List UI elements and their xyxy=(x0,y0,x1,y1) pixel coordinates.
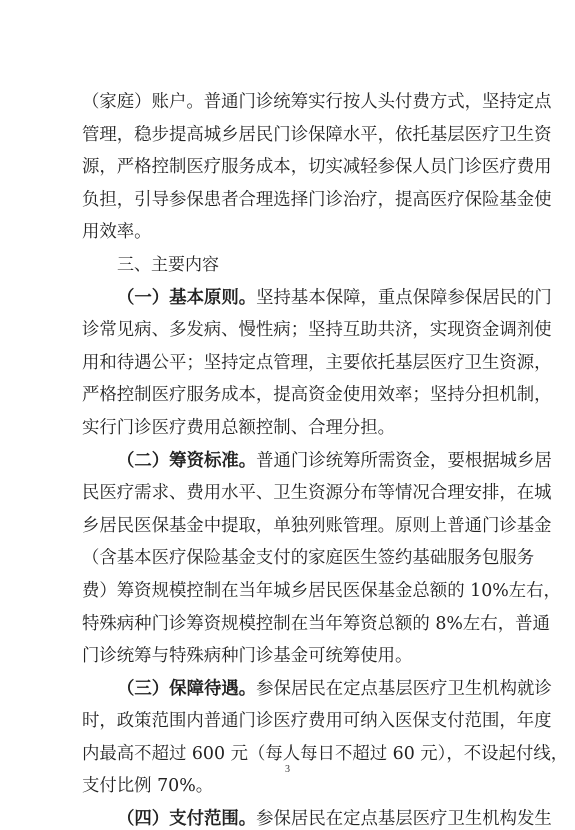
subsection-first-line: （二）筹资标准。普通门诊统筹所需资金，要根据城乡居 xyxy=(82,445,506,478)
subsection-text: 参保居民在定点基层医疗卫生机构就诊 xyxy=(256,679,552,699)
subsection-text: 普通门诊统筹所需资金，要根据城乡居 xyxy=(256,451,552,471)
paragraph-line: （含基本医疗保险基金支付的家庭医生签约基础服务包服务 xyxy=(82,542,506,575)
paragraph-line: 民医疗需求、费用水平、卫生资源分布等情况合理安排，在城 xyxy=(82,477,506,510)
paragraph-line: 支付比例 70%。 xyxy=(82,770,506,803)
paragraph-line: 时，政策范围内普通门诊医疗费用可纳入医保支付范围，年度 xyxy=(82,705,506,738)
subsection-first-line: （三）保障待遇。参保居民在定点基层医疗卫生机构就诊 xyxy=(82,673,506,706)
paragraph-line: 特殊病种门诊筹资规模控制在当年筹资总额的 8%左右，普通 xyxy=(82,608,506,641)
paragraph-line: 诊常见病、多发病、慢性病；坚持互助共济，实现资金调剂使 xyxy=(82,314,506,347)
subsection-text: 参保居民在定点基层医疗卫生机构发生 xyxy=(256,809,552,829)
paragraph-line: 用和待遇公平；坚持定点管理，主要依托基层医疗卫生资源， xyxy=(82,347,506,380)
document-page: （家庭）账户。普通门诊统筹实行按人头付费方式，坚持定点 管理，稳步提高城乡居民门… xyxy=(0,0,575,830)
subsection-title: （三）保障待遇。 xyxy=(117,679,256,699)
section-heading: 三、主要内容 xyxy=(82,249,506,282)
paragraph-line: 管理，稳步提高城乡居民门诊保障水平，依托基层医疗卫生资 xyxy=(82,119,506,152)
subsection-first-line: （一）基本原则。坚持基本保障，重点保障参保居民的门 xyxy=(82,282,506,315)
subsection-title: （一）基本原则。 xyxy=(117,288,256,308)
paragraph-line: 负担，引导参保患者合理选择门诊治疗，提高医疗保险基金使 xyxy=(82,184,506,217)
paragraph-line: 实行门诊医疗费用总额控制、合理分担。 xyxy=(82,412,506,445)
subsection-text: 坚持基本保障，重点保障参保居民的门 xyxy=(256,288,552,308)
paragraph-line: 门诊统筹与特殊病种门诊基金可统筹使用。 xyxy=(82,640,506,673)
paragraph-line: 费）筹资规模控制在当年城乡居民医保基金总额的 10%左右， xyxy=(82,575,506,608)
body-text: （家庭）账户。普通门诊统筹实行按人头付费方式，坚持定点 管理，稳步提高城乡居民门… xyxy=(82,86,506,830)
paragraph-line: （家庭）账户。普通门诊统筹实行按人头付费方式，坚持定点 xyxy=(82,86,506,119)
subsection-title: （二）筹资标准。 xyxy=(117,451,256,471)
page-number: 3 xyxy=(0,764,575,775)
paragraph-line: 严格控制医疗服务成本，提高资金使用效率；坚持分担机制， xyxy=(82,379,506,412)
subsection-title: （四）支付范围。 xyxy=(117,809,256,829)
subsection-first-line: （四）支付范围。参保居民在定点基层医疗卫生机构发生 xyxy=(82,803,506,830)
paragraph-line: 用效率。 xyxy=(82,216,506,249)
paragraph-line: 源，严格控制医疗服务成本，切实减轻参保人员门诊医疗费用 xyxy=(82,151,506,184)
paragraph-line: 乡居民医保基金中提取，单独列账管理。原则上普通门诊基金 xyxy=(82,510,506,543)
